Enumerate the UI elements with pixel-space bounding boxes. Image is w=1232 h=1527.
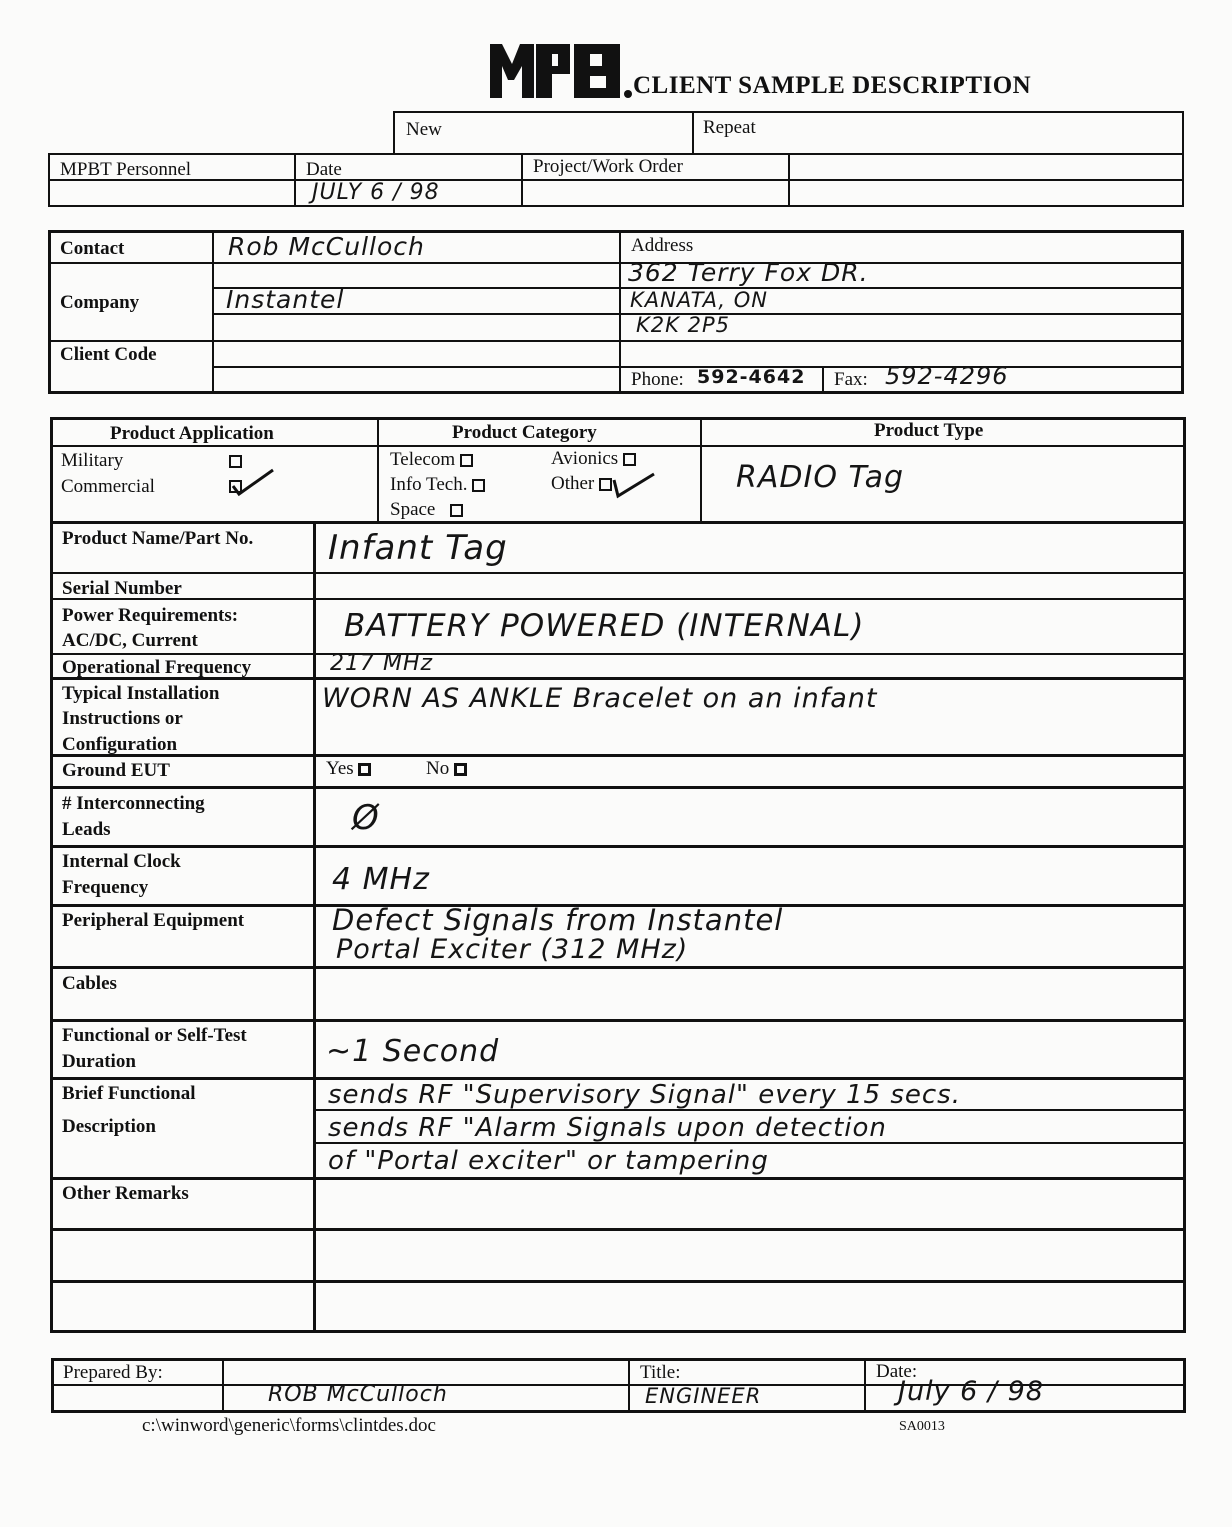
mpb-logo — [490, 40, 632, 98]
interconnecting-leads-value[interactable]: Ø — [352, 798, 380, 838]
company-label: Company — [60, 290, 139, 316]
functional-description-line-3[interactable]: of "Portal exciter" or tampering — [328, 1146, 769, 1176]
contact-value[interactable]: Rob McCulloch — [228, 232, 425, 261]
self-test-duration-label: Functional or Self-Test — [62, 1023, 247, 1049]
functional-description-line-1[interactable]: sends RF "Supervisory Signal" every 15 s… — [328, 1080, 961, 1110]
product-category-header: Product Category — [452, 420, 597, 446]
repeat-label[interactable]: Repeat — [703, 117, 756, 139]
client-code-label: Client Code — [60, 342, 157, 368]
form-title: CLIENT SAMPLE DESCRIPTION — [633, 72, 1031, 100]
project-label: Project/Work Order — [533, 156, 683, 178]
operational-frequency-value[interactable]: 217 MHz — [330, 651, 433, 676]
ground-yes-checkbox[interactable] — [358, 763, 371, 776]
personnel-label: MPBT Personnel — [60, 159, 191, 181]
peripheral-equipment-value-2[interactable]: Portal Exciter (312 MHz) — [336, 934, 688, 965]
company-value[interactable]: Instantel — [226, 285, 344, 314]
internal-clock-label-2: Frequency — [62, 875, 148, 901]
contact-label: Contact — [60, 236, 124, 262]
form-code: SA0013 — [899, 1419, 945, 1435]
installation-label: Typical Installation — [62, 681, 219, 707]
client-info-box — [48, 230, 1184, 394]
self-test-duration-label-2: Duration — [62, 1049, 136, 1075]
info-tech-checkbox[interactable] — [472, 479, 485, 492]
space-checkbox[interactable] — [450, 504, 463, 517]
info-tech-label: Info Tech. — [390, 474, 485, 496]
avionics-label: Avionics — [551, 448, 636, 470]
title-label: Title: — [640, 1362, 681, 1384]
footer-date-value[interactable]: July 6 / 98 — [898, 1376, 1044, 1407]
phone-label: Phone: — [631, 369, 684, 391]
address-line-3[interactable]: K2K 2P5 — [636, 313, 730, 337]
telecom-label: Telecom — [390, 449, 473, 471]
fax-value[interactable]: 592-4296 — [885, 362, 1009, 390]
other-label: Other — [551, 473, 612, 495]
date-value[interactable]: JULY 6 / 98 — [312, 180, 440, 205]
checkmark-icon — [229, 466, 275, 498]
serial-number-label: Serial Number — [62, 576, 182, 602]
functional-description-label: Brief Functional — [62, 1081, 196, 1107]
address-label: Address — [631, 235, 693, 257]
functional-description-label-2: Description — [62, 1114, 156, 1140]
ground-no-checkbox[interactable] — [454, 763, 467, 776]
ground-yes-option: Yes — [326, 758, 371, 780]
product-name-value[interactable]: Infant Tag — [328, 528, 508, 568]
file-path: c:\winword\generic\forms\clintdes.doc — [142, 1415, 436, 1437]
ground-no-option: No — [426, 758, 467, 780]
product-details-box — [50, 417, 1186, 1333]
military-label: Military — [61, 450, 123, 472]
new-repeat-box — [393, 111, 1184, 155]
phone-value[interactable]: 592-4642 — [697, 366, 805, 388]
new-label[interactable]: New — [406, 119, 442, 141]
cables-label: Cables — [62, 971, 117, 997]
product-application-header: Product Application — [110, 421, 274, 447]
address-line-1[interactable]: 362 Terry Fox DR. — [628, 258, 869, 287]
interconnecting-leads-label: # Interconnecting — [62, 791, 205, 817]
title-value[interactable]: ENGINEER — [645, 1384, 761, 1408]
operational-frequency-label: Operational Frequency — [62, 655, 251, 681]
commercial-label: Commercial — [61, 476, 155, 498]
power-requirements-label-2: AC/DC, Current — [62, 628, 198, 654]
functional-description-line-2[interactable]: sends RF "Alarm Signals upon detection — [328, 1113, 887, 1143]
product-type-header: Product Type — [874, 418, 983, 444]
space-label: Space — [390, 499, 463, 521]
power-requirements-label: Power Requirements: — [62, 603, 238, 629]
internal-clock-value[interactable]: 4 MHz — [332, 862, 430, 897]
other-remarks-label: Other Remarks — [62, 1181, 189, 1207]
telecom-checkbox[interactable] — [460, 454, 473, 467]
installation-value[interactable]: WORN AS ANKLE Bracelet on an infant — [322, 683, 877, 714]
product-name-label: Product Name/Part No. — [62, 526, 253, 552]
peripheral-equipment-label: Peripheral Equipment — [62, 908, 244, 934]
avionics-checkbox[interactable] — [623, 453, 636, 466]
installation-label-3: Configuration — [62, 732, 177, 758]
installation-label-2: Instructions or — [62, 706, 183, 732]
prepared-by-value[interactable]: ROB McCulloch — [268, 1382, 448, 1407]
address-line-2[interactable]: KANATA, ON — [630, 288, 768, 312]
prepared-by-label: Prepared By: — [63, 1362, 163, 1384]
internal-clock-label: Internal Clock — [62, 849, 181, 875]
peripheral-equipment-value[interactable]: Defect Signals from Instantel — [332, 903, 783, 937]
product-type-value[interactable]: RADIO Tag — [736, 460, 904, 495]
interconnecting-leads-label-2: Leads — [62, 817, 111, 843]
checkmark-icon — [608, 470, 658, 500]
power-requirements-value[interactable]: BATTERY POWERED (INTERNAL) — [344, 608, 864, 644]
date-label: Date — [306, 159, 342, 181]
self-test-duration-value[interactable]: ~1 Second — [326, 1034, 499, 1069]
ground-eut-label: Ground EUT — [62, 758, 170, 784]
fax-label: Fax: — [834, 369, 868, 391]
